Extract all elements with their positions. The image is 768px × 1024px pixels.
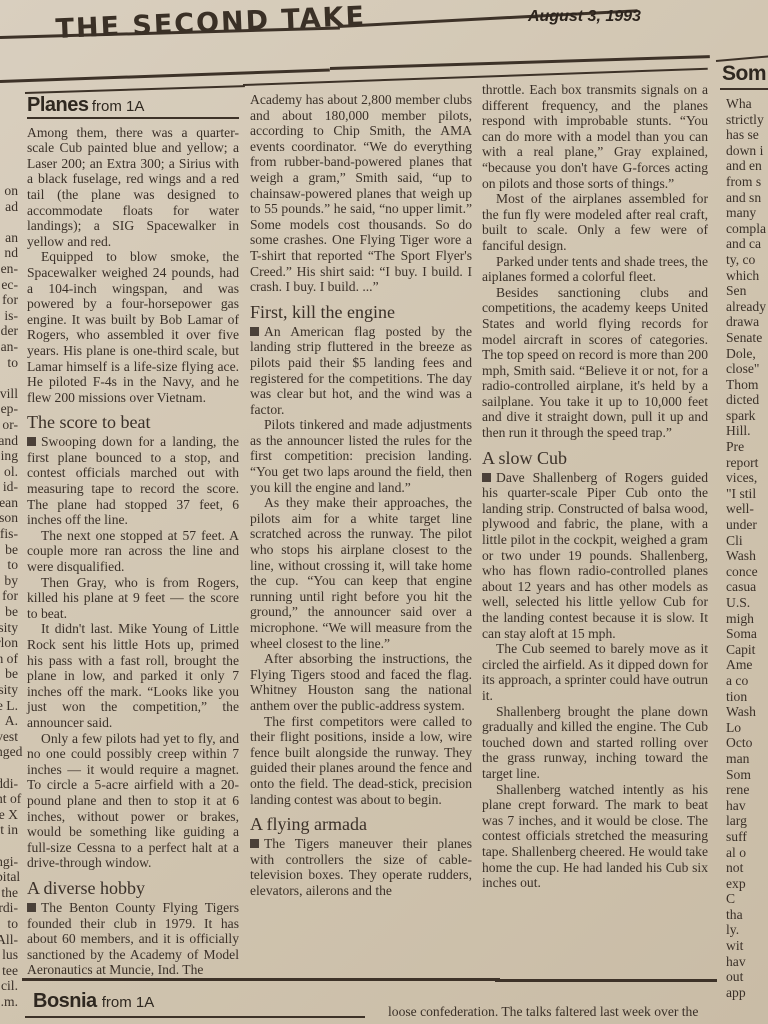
section-title: THE SECOND TAKE <box>55 1 367 45</box>
bosnia-continuation: loose confederation. The talks faltered … <box>388 1004 698 1020</box>
bottom-rule <box>22 978 500 981</box>
bullet-square-icon <box>27 903 36 912</box>
masthead-rule-bottom <box>25 85 245 94</box>
subhead-diverse-hobby: A diverse hobby <box>27 877 239 899</box>
left-edge-column: on ad an nd en- ec- for is- der an- to v… <box>0 183 18 1009</box>
paragraph: After absorbing the instructions, the Fl… <box>250 651 472 713</box>
article-column-3: throttle. Each box transmits signals on … <box>482 82 708 891</box>
paragraph: Academy has about 2,800 member clubs and… <box>250 92 472 295</box>
right-masthead-rule <box>716 55 768 62</box>
article-kicker-from: from 1A <box>92 98 145 115</box>
bosnia-rule <box>25 1016 365 1018</box>
paragraph: Among them, there was a quarter-scale Cu… <box>27 125 239 250</box>
subhead-slow-cub: A slow Cub <box>482 447 708 469</box>
paragraph: Swooping down for a landing, the first p… <box>27 434 239 528</box>
paragraph: It didn't last. Mike Young of Little Roc… <box>27 621 239 730</box>
issue-date: August 3, 1993 <box>528 8 641 26</box>
paragraph: Equipped to blow smoke, the Spacewalker … <box>27 249 239 405</box>
paragraph: throttle. Each box transmits signals on … <box>482 82 708 191</box>
right-edge-column: Wha strictly has se down i and en from s… <box>726 96 768 1000</box>
bullet-square-icon <box>250 327 259 336</box>
subhead-kill-engine: First, kill the engine <box>250 301 472 323</box>
subhead-score-to-beat: The score to beat <box>27 411 239 433</box>
bullet-square-icon <box>250 839 259 848</box>
paragraph: Besides sanctioning clubs and competitio… <box>482 285 708 441</box>
masthead-rule-mid-right <box>330 55 710 70</box>
paragraph: Only a few pilots had yet to fly, and no… <box>27 731 239 871</box>
bosnia-kicker: Bosnia from 1A <box>33 990 154 1013</box>
paragraph: An American flag posted by the landing s… <box>250 324 472 418</box>
article-column-2: Academy has about 2,800 member clubs and… <box>250 92 472 899</box>
paragraph: Then Gray, who is from Rogers, killed hi… <box>27 575 239 622</box>
paragraph: The Cub seemed to barely move as it circ… <box>482 641 708 703</box>
paragraph: The Benton County Flying Tigers founded … <box>27 900 239 978</box>
right-kicker-rule <box>720 88 768 90</box>
paragraph: The next one stopped at 57 feet. A coupl… <box>27 528 239 575</box>
paragraph: Shallenberg brought the plane down gradu… <box>482 704 708 782</box>
masthead-rule-mid <box>0 68 330 83</box>
paragraph: The first competitors were called to the… <box>250 714 472 808</box>
paragraph: Pilots tinkered and made adjustments as … <box>250 417 472 495</box>
paragraph: Dave Shallenberg of Rogers guided his qu… <box>482 470 708 642</box>
bosnia-kicker-from: from 1A <box>102 994 155 1011</box>
article-column-1: Planes from 1A Among them, there was a q… <box>27 98 239 978</box>
bosnia-kicker-title: Bosnia <box>33 990 97 1012</box>
bottom-rule-right <box>495 979 717 982</box>
right-article-kicker: Som <box>722 62 766 86</box>
bullet-square-icon <box>27 437 36 446</box>
subhead-flying-armada: A flying armada <box>250 813 472 835</box>
article-kicker-title: Planes <box>27 94 88 116</box>
paragraph: As they make their approaches, the pilot… <box>250 495 472 651</box>
paragraph: Most of the airplanes assembled for the … <box>482 191 708 253</box>
paragraph: The Tigers maneuver their planes with co… <box>250 836 472 898</box>
paragraph: Shallenberg watched intently as his plan… <box>482 782 708 891</box>
paragraph: Parked under tents and shade trees, the … <box>482 254 708 285</box>
bullet-square-icon <box>482 473 491 482</box>
article-kicker: Planes from 1A <box>27 98 239 119</box>
